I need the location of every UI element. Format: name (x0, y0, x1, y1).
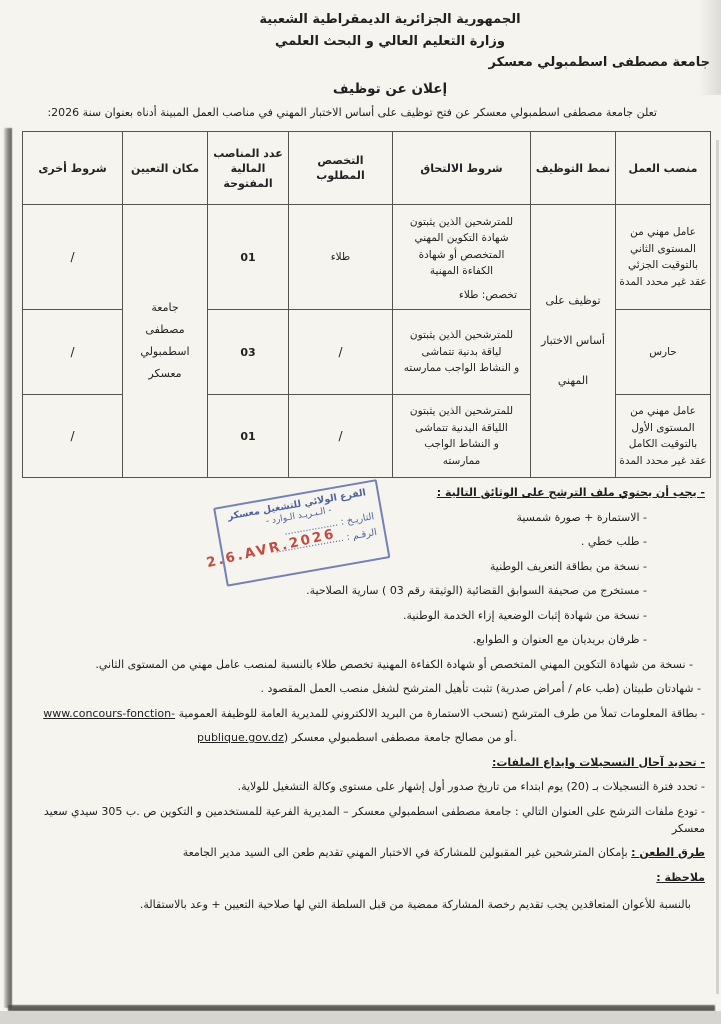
info-card-text-2: ) أو من مصالح جامعة مصطفى اسطمبولي معسكر… (284, 731, 517, 744)
document-item: - نسخة من شهادة إثبات الوضعية إزاء الخدم… (25, 607, 647, 624)
info-card-url-part1: www.concours-fonction- (43, 707, 175, 720)
other-conditions-cell: / (23, 310, 123, 395)
document-item: - الاستمارة + صورة شمسية (25, 509, 647, 526)
table-row: عامل مهني من المستوى الثاني بالتوقيت الج… (23, 205, 711, 310)
note-label: ملاحظة : (25, 869, 705, 886)
conditions-text: للمترشحين الذين يثبتون اللياقة البدنية ت… (396, 403, 527, 469)
info-card-url-part2: publique.gov.dz (197, 731, 284, 744)
specialty-cell: طلاء (289, 205, 393, 310)
column-header-position: منصب العمل (616, 132, 711, 205)
announcement-title: إعلان عن توظيف (180, 81, 600, 97)
location-cell: جامعة مصطفى اسطمبولي معسكر (123, 205, 208, 478)
conditions-text: للمترشحين الذين يثبتون شهادة التكوين الم… (396, 214, 527, 280)
scan-corner-shade (699, 0, 721, 95)
count-cell: 01 (208, 205, 289, 310)
column-header-other: شروط أخرى (23, 132, 123, 205)
appeal-line: طرق الطعن : بإمكان المترشحين غير المقبول… (25, 844, 705, 861)
scan-margin-bottom (0, 1011, 721, 1024)
conditions-cell: للمترشحين الذين يثبتون اللياقة البدنية ت… (393, 395, 531, 478)
conditions-cell: للمترشحين الذين يثبتون لياقة بدنية تتماش… (393, 310, 531, 395)
count-cell: 01 (208, 395, 289, 478)
scanned-document-page: الجمهورية الجزائرية الديمقراطية الشعبية … (0, 0, 721, 1024)
note-text: بالنسبة للأعوان المتعاقدين يجب تقديم رخص… (25, 896, 691, 913)
documents-heading: - يجب أن يحتوي ملف الترشح على الوثائق ال… (25, 484, 705, 501)
conditions-cell: للمترشحين الذين يثبتون شهادة التكوين الم… (393, 205, 531, 310)
info-card-text: - بطاقة المعلومات تملأ من طرف المترشح (ت… (175, 707, 705, 720)
conditions-specialty-text: تخصص: طلاء (396, 289, 527, 301)
document-item: - شهادتان طبيتان (طب عام / أمراض صدرية) … (25, 680, 701, 697)
recruitment-table: منصب العمل نمط التوظيف شروط الالتحاق الت… (22, 131, 711, 478)
other-conditions-cell: / (23, 205, 123, 310)
university-name: جامعة مصطفى اسطمبولي معسكر (488, 55, 710, 70)
scan-edge-left (4, 128, 12, 1008)
appeal-label: طرق الطعن : (631, 846, 705, 859)
document-body: - يجب أن يحتوي ملف الترشح على الوثائق ال… (25, 484, 705, 920)
column-header-count: عدد المناصب المالية المفتوحة (208, 132, 289, 205)
column-header-mode: نمط التوظيف (531, 132, 616, 205)
info-card-line-1: - بطاقة المعلومات تملأ من طرف المترشح (ت… (25, 705, 705, 722)
specialty-cell: / (289, 310, 393, 395)
other-conditions-cell: / (23, 395, 123, 478)
document-item: - طلب خطي . (25, 533, 647, 550)
submission-address-line: - تودع ملفات الترشح على العنوان التالي :… (25, 803, 705, 837)
specialty-cell: / (289, 395, 393, 478)
document-item: - مستخرج من صحيفة السوابق القضائية (الوث… (25, 582, 647, 599)
count-cell: 03 (208, 310, 289, 395)
column-header-specialty: التخصص المطلوب (289, 132, 393, 205)
position-cell: عامل مهني من المستوى الثاني بالتوقيت الج… (616, 205, 711, 310)
document-item: - ظرفان بريديان مع العنوان و الطوابع. (25, 631, 647, 648)
deadlines-heading: - تحديد آجال التسجيلات وايداع الملفات: (25, 754, 705, 771)
appeal-text: بإمكان المترشحين غير المقبولين للمشاركة … (183, 846, 631, 859)
recruitment-mode-cell: توظيف على أساس الاختبار المهني (531, 205, 616, 478)
document-item: - نسخة من شهادة التكوين المهني المتخصص أ… (25, 656, 693, 673)
position-cell: حارس (616, 310, 711, 395)
position-cell: عامل مهني من المستوى الأول بالتوقيت الكا… (616, 395, 711, 478)
column-header-location: مكان التعيين (123, 132, 208, 205)
scan-edge-right (716, 140, 719, 994)
registration-period-line: - تحدد فترة التسجيلات بـ (20) يوم ابتداء… (25, 778, 705, 795)
intro-paragraph: تعلن جامعة مصطفى اسطمبولي معسكر عن فتح ت… (47, 106, 657, 119)
ministry-line: وزارة التعليم العالي و البحث العلمي (180, 34, 600, 49)
conditions-text: للمترشحين الذين يثبتون لياقة بدنية تتماش… (396, 327, 527, 377)
republic-line: الجمهورية الجزائرية الديمقراطية الشعبية (180, 12, 600, 27)
column-header-conditions: شروط الالتحاق (393, 132, 531, 205)
info-card-line-2: publique.gov.dz) أو من مصالح جامعة مصطفى… (197, 729, 705, 746)
document-item: - نسخة من بطاقة التعريف الوطنية (25, 558, 647, 575)
